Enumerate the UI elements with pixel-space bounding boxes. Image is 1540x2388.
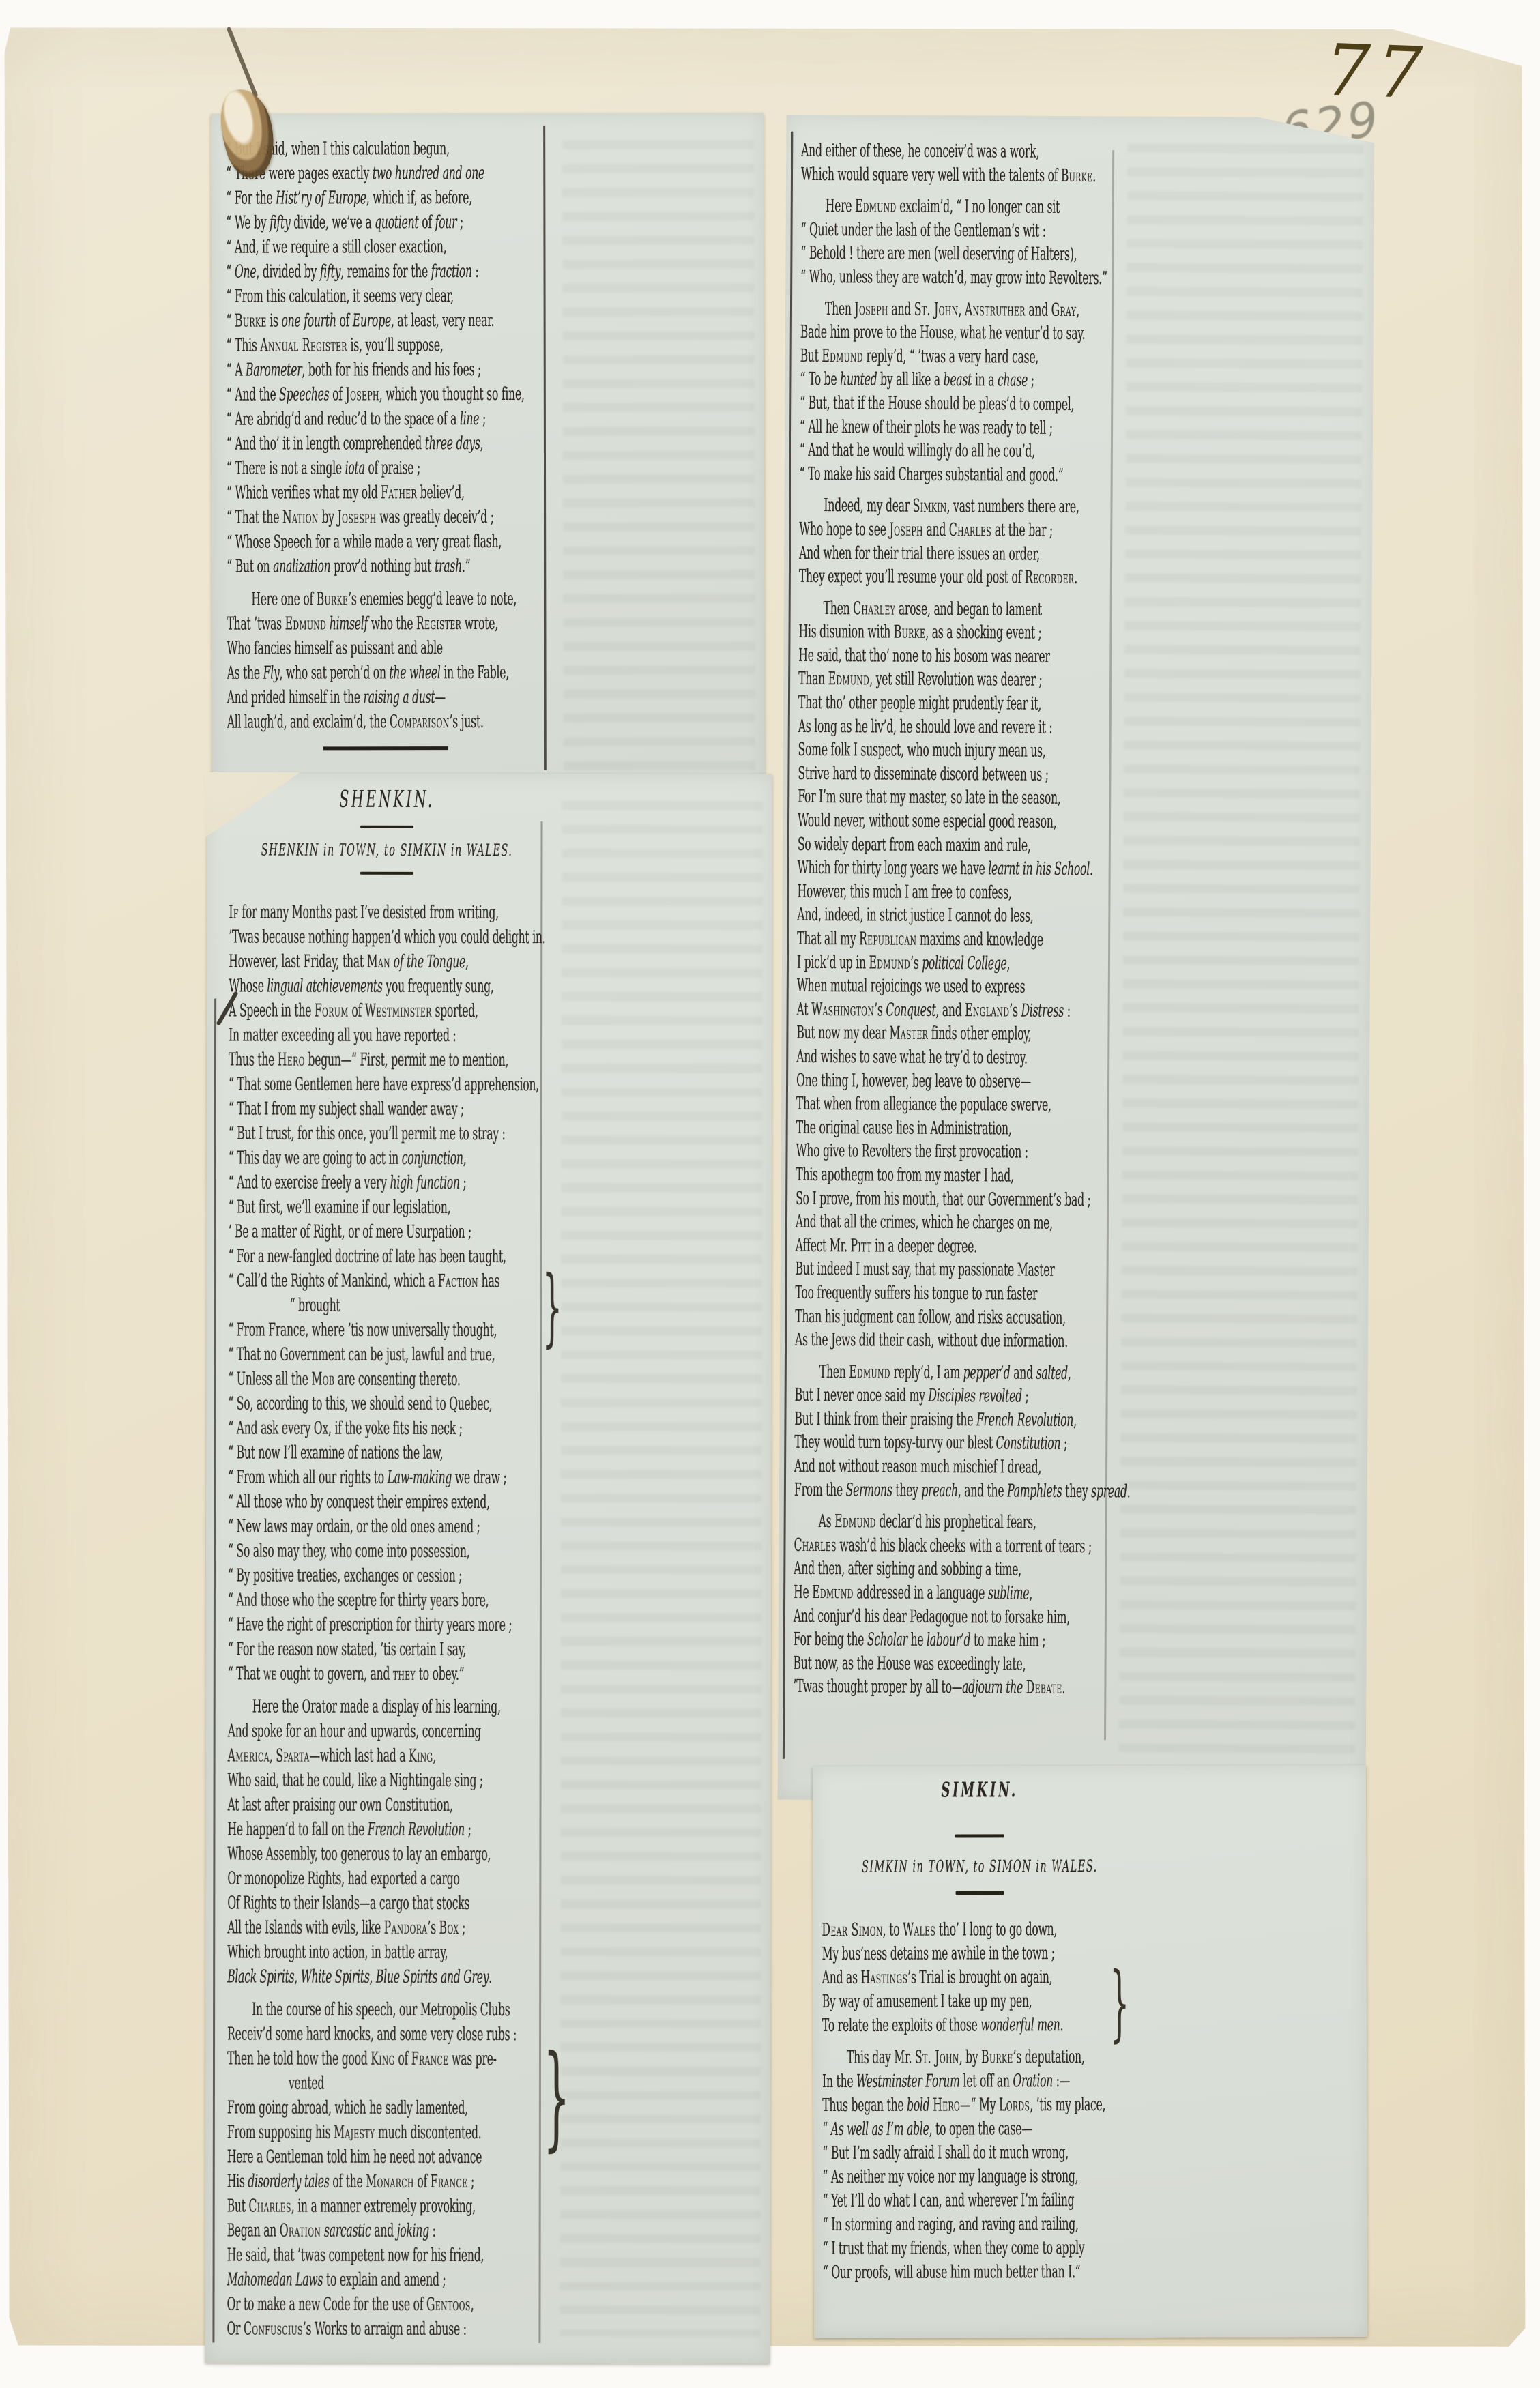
poem-line: “ That the Nation by Josesph was greatly… <box>227 505 542 530</box>
heading-rule <box>360 826 413 828</box>
poem-text: And either of these, he conceiv’d was a … <box>793 139 1117 1700</box>
poem-line: He said, that tho’ none to his bosom was… <box>798 644 1114 669</box>
poem-line: “ In storming and raging, and raving and… <box>823 2213 1139 2237</box>
poem-line: “ Whose Speech for a while made a very g… <box>227 529 542 555</box>
poem-line: I pick’d up in Edmund’s political Colleg… <box>797 950 1113 976</box>
poem-line: And wishes to save what he try’d to dest… <box>796 1045 1112 1071</box>
poem-line: From the Sermons they preach, and the Pa… <box>794 1479 1110 1504</box>
triplet-brace: } <box>542 1270 562 1344</box>
poem-line: Began an Oration sarcastic and joking : <box>227 2218 543 2243</box>
poem-line: “ That I from my subject shall wander aw… <box>229 1096 544 1122</box>
poem-line: “ And those who the sceptre for thirty y… <box>228 1588 544 1613</box>
poem-line: Thus the Hero begun—“ First, permit me t… <box>229 1047 544 1073</box>
poem-line: Then Charley arose, and began to lament <box>799 597 1115 622</box>
poem-line: ’Twas because nothing happen’d which you… <box>229 924 544 950</box>
poem-line: Whose Assembly, too generous to lay an e… <box>227 1841 543 1867</box>
poem-line: “ So, according to this, we should send … <box>228 1391 544 1416</box>
poem-line: “ We by fifty divide, we’ve a quotient o… <box>226 210 542 235</box>
printed-column-rule <box>543 126 546 770</box>
poem-line: “ For the Hist’ry of Europe, which if, a… <box>226 186 542 211</box>
poem-line: That ’twas Edmund himself who the Regist… <box>227 611 542 637</box>
poem-line: As the Jews did their cash, without due … <box>795 1328 1111 1354</box>
poem-line: At Washington’s Conquest, and England’s … <box>797 998 1113 1023</box>
poem-line: Who said, that he could, like a Nighting… <box>228 1768 544 1793</box>
poem-line: Some folk I suspect, who much injury mea… <box>798 738 1114 763</box>
poem-line: “ Yet I’ll do what I can, and wherever I… <box>823 2189 1139 2213</box>
poem-line: “ But I’m sadly afraid I shall do it muc… <box>822 2141 1138 2166</box>
poem-line: Here the Orator made a display of his le… <box>228 1694 544 1719</box>
poem-line: As the Fly, who sat perch’d on the wheel… <box>227 660 543 686</box>
poem-line: Charles wash’d his black cheeks with a t… <box>794 1534 1109 1559</box>
poem-line: “ Call’d the Rights of Mankind, which a … <box>229 1268 544 1294</box>
poem-line: So widely depart from each maxim and rul… <box>798 832 1114 858</box>
poem-line: Here a Gentleman told him he need not ad… <box>227 2144 543 2170</box>
poem-line: He said, that ’twas competent now for hi… <box>227 2243 543 2268</box>
poem-line: “ And the Speeches of Joseph, which you … <box>227 382 542 407</box>
poem-line: “ That we ought to govern, and they to o… <box>228 1661 544 1687</box>
poem-line: But I never once said my Disciples revol… <box>795 1384 1111 1409</box>
poem-line: Here Edmund exclaim’d, “ I no longer can… <box>801 194 1117 220</box>
poem-line: “ Quiet under the lash of the Gentleman’… <box>800 218 1116 244</box>
poem-line: Dear Simon, to Wales tho’ I long to go d… <box>822 1918 1137 1942</box>
poem-line: From going abroad, which he sadly lament… <box>227 2095 543 2121</box>
poem-line: And conjur’d his dear Pedagogue not to f… <box>794 1604 1109 1629</box>
heading-rule <box>956 1891 1004 1895</box>
poem-line: Mahomedan Laws to explain and amend ; <box>227 2267 543 2292</box>
poem-line: Strive hard to disseminate discord betwe… <box>798 762 1114 787</box>
poem-line: Who fancies himself as puissant and able <box>227 636 542 661</box>
poem-line: That all my Republican maxims and knowle… <box>797 927 1113 952</box>
heading-rule <box>360 872 413 875</box>
poem-text: Dear Simon, to Wales tho’ I long to go d… <box>822 1918 1139 2285</box>
poem-line: “ And ask every Ox, if the yoke fits his… <box>228 1416 544 1441</box>
poem-line: Then he told how the good King of France… <box>227 2046 543 2071</box>
poem-line: “ And, if we require a still closer exac… <box>226 235 542 260</box>
poem-line: And spoke for an hour and upwards, conce… <box>228 1719 544 1744</box>
poem-line: “ A Barometer, both for his friends and … <box>227 358 542 383</box>
section-end-rule <box>323 746 448 750</box>
poem-line: “ That some Gentlemen here have express’… <box>229 1072 544 1097</box>
poem-line: That when from allegiance the populace s… <box>796 1092 1112 1118</box>
poem-line: And either of these, he conceiv’d was a … <box>801 139 1117 164</box>
poem-line: “ One, divided by fifty, remains for the… <box>226 259 542 285</box>
poem-line: “ Burke is one fourth of Europe, at leas… <box>227 308 542 334</box>
poem-line: When mutual rejoicings we used to expres… <box>797 974 1113 1000</box>
poem-line: He happen’d to fall on the French Revolu… <box>227 1817 543 1842</box>
poem-line: “ brought <box>229 1293 544 1318</box>
poem-line: To relate the exploits of those wonderfu… <box>822 2013 1138 2038</box>
poem-line: And when for their trial there issues an… <box>799 541 1115 566</box>
poem-line: Which for thirty long years we have lear… <box>798 856 1114 882</box>
poem-line: “ And to exercise freely a very high fun… <box>229 1170 544 1195</box>
poem-line: And, indeed, in strict justice I cannot … <box>797 903 1113 929</box>
poem-text: “ But I said, when I this calculation be… <box>226 136 543 735</box>
poem-line: “ This Annual Register is, you’ll suppos… <box>227 333 542 358</box>
poem-line: But now my dear Master finds other emplo… <box>796 1021 1112 1047</box>
poem-line: In matter exceeding all you have reporte… <box>229 1023 544 1048</box>
poem-line: For I’m sure that my master, so late in … <box>798 785 1114 811</box>
poem-line: “ By positive treaties, exchanges or ces… <box>228 1563 544 1588</box>
poem-line: This apothegm too from my master I had, <box>796 1163 1112 1189</box>
clipping-heading-block: SIMKIN. SIMKIN in TOWN, to SIMON in WALE… <box>822 1777 1138 1895</box>
scanned-photo: 77 629 “ But I said, when I this calcula… <box>0 0 1540 2388</box>
poem-line: “ For the reason now stated, ’tis certai… <box>228 1637 544 1662</box>
poem-line: “ This day we are going to act in conjun… <box>229 1146 544 1171</box>
poem-line: But now, as the House was exceedingly la… <box>793 1652 1109 1677</box>
poem-line: “ Are abridg’d and reduc’d to the space … <box>227 407 542 432</box>
poem-line: That tho’ other people might prudently f… <box>798 691 1114 716</box>
poem-line: They would turn topsy-turvy our blest Co… <box>794 1431 1110 1456</box>
poem-line: A Speech in the Forum of Westminster spo… <box>229 998 544 1023</box>
poem-line: Whose lingual atchievements you frequent… <box>229 974 544 999</box>
poem-line: At last after praising our own Constitut… <box>227 1792 543 1818</box>
poem-line: And that all the crimes, which he charge… <box>796 1210 1112 1236</box>
poem-line: America, Sparta—which last had a King, <box>228 1743 544 1768</box>
poem-line: “ So also may they, who come into posses… <box>228 1539 544 1564</box>
poem-line: Of Rights to their Islands—a cargo that … <box>227 1891 543 1916</box>
poem-line: vented <box>227 2071 543 2096</box>
poem-line: All laugh’d, and exclaim’d, the Comparis… <box>227 710 543 735</box>
poem-line: But Edmund reply’d, “ ’twas a very hard … <box>800 345 1116 370</box>
poem-line: “ But, that if the House should be pleas… <box>800 392 1116 417</box>
poem-line: The original cause lies in Administratio… <box>796 1116 1112 1141</box>
poem-line: “ Our proofs, will abuse him much better… <box>823 2260 1139 2285</box>
poem-line: He Edmund addressed in a language sublim… <box>794 1581 1109 1606</box>
poem-line: From supposing his Majesty much disconte… <box>227 2120 543 2145</box>
poem-line: Indeed, my dear Simkin, vast numbers the… <box>799 494 1115 519</box>
poem-line: Receiv’d some hard knocks, and some very… <box>227 2022 543 2047</box>
poem-line: “ But first, we’ll examine if our legisl… <box>229 1195 544 1220</box>
poem-line: Or monopolize Rights, had exported a car… <box>227 1866 543 1891</box>
poem-line: This day Mr. St. John, by Burke’s deputa… <box>822 2045 1138 2070</box>
clipping-title: SHENKIN. <box>229 784 545 815</box>
poem-line: And prided himself in the raising a dust… <box>227 685 543 710</box>
poem-line: Black Spirits, White Spirits, Blue Spiri… <box>227 1964 543 1990</box>
clipping-edmund-debate: And either of these, he conceiv’d was a … <box>778 115 1375 1803</box>
poem-line: And as Hastings’s Trial is brought on ag… <box>822 1966 1138 1990</box>
poem-line: All the Islands with evils, like Pandora… <box>227 1915 543 1940</box>
heading-rule <box>955 1834 1004 1837</box>
clipping-title: SIMKIN. <box>822 1777 1137 1805</box>
clipping-heading-block: SHENKIN. SHENKIN in TOWN, to SIMKIN in W… <box>229 784 544 875</box>
poem-line: “ And tho’ it in length comprehended thr… <box>227 431 542 456</box>
poem-line: They expect you’ll resume your old post … <box>799 565 1115 590</box>
poem-line: However, this much I am free to confess, <box>797 880 1113 905</box>
clipping-shenkin: SHENKIN. SHENKIN in TOWN, to SIMKIN in W… <box>205 773 772 2363</box>
poem-line: Who give to Revolters the first provocat… <box>796 1139 1112 1165</box>
poem-line: His disunion with Burke, as a shocking e… <box>798 620 1114 645</box>
clipping-subtitle: SHENKIN in TOWN, to SIMKIN in WALES. <box>229 839 544 861</box>
poem-line: But Charles, in a manner extremely provo… <box>227 2194 543 2219</box>
poem-line: One thing I, however, beg leave to obser… <box>796 1068 1112 1094</box>
poem-line: So I prove, from his mouth, that our Gov… <box>796 1186 1112 1212</box>
poem-text: If for many Months past I’ve desisted fr… <box>227 900 544 2342</box>
poem-line: As Edmund declar’d his prophetical fears… <box>794 1510 1110 1535</box>
poem-line: In the Westminster Forum let off an Orat… <box>822 2069 1138 2094</box>
poem-line: And not without reason much mischief I d… <box>794 1455 1110 1480</box>
poem-line: “ All he knew of their plots he was read… <box>800 415 1116 440</box>
poem-line: “ Have the right of prescription for thi… <box>228 1612 544 1637</box>
poem-line: But indeed I must say, that my passionat… <box>796 1257 1112 1283</box>
show-through-texture <box>562 140 755 774</box>
poem-line: If for many Months past I’ve desisted fr… <box>229 900 544 925</box>
triplet-brace: } <box>543 2048 570 2146</box>
poem-line: For being the Scholar he labour’d to mak… <box>794 1628 1109 1653</box>
poem-line: “ That no Government can be just, lawful… <box>228 1342 544 1367</box>
poem-line: “ All those who by conquest their empire… <box>228 1489 544 1515</box>
poem-line: Would never, without some especial good … <box>798 809 1114 834</box>
poem-line: “ To make his said Charges substantial a… <box>800 463 1116 488</box>
poem-line: “ Unless all the Mob are consenting ther… <box>228 1367 544 1392</box>
clipping-burke-calculation: “ But I said, when I this calculation be… <box>211 113 765 802</box>
poem-line: “ From which all our rights to Law-makin… <box>228 1465 544 1490</box>
poem-line: Too frequently suffers his tongue to run… <box>795 1281 1111 1307</box>
poem-line: My bus’ness detains me awhile in the tow… <box>822 1942 1138 1966</box>
poem-line: “ To be hunted by all like a beast in a … <box>800 368 1116 393</box>
printed-column-rule <box>212 998 216 2342</box>
poem-line: “ Who, unless they are watch’d, may grow… <box>800 265 1116 291</box>
poem-line: “ Behold ! there are men (well deserving… <box>800 242 1116 267</box>
poem-line: “ But I trust, for this once, you’ll per… <box>229 1121 544 1146</box>
poem-line: “ As well as I’m able, to open the case— <box>822 2117 1138 2142</box>
poem-line: “ And that he would willingly do all he … <box>800 439 1116 464</box>
poem-line: By way of amusement I take up my pen, <box>822 1990 1138 2014</box>
poem-line: ’Twas thought proper by all to—adjourn t… <box>793 1675 1109 1700</box>
poem-line: And then, after sighing and sobbing a ti… <box>794 1557 1109 1582</box>
show-through-texture <box>560 801 762 2336</box>
clipping-simkin: SIMKIN. SIMKIN in TOWN, to SIMON in WALE… <box>813 1765 1367 2338</box>
poem-line: “ But on analization prov’d nothing but … <box>227 554 542 579</box>
poem-line: As long as he liv’d, he should love and … <box>798 715 1114 740</box>
poem-line: “ From this calculation, it seems very c… <box>227 284 542 309</box>
poem-line: Than Edmund, yet still Revolution was de… <box>798 667 1114 693</box>
poem-line: Bade him prove to the House, what he ven… <box>800 321 1116 346</box>
poem-line: “ There were pages exactly two hundred a… <box>226 161 542 186</box>
poem-line: Affect Mr. Pitt in a deeper degree. <box>796 1234 1112 1259</box>
poem-line: “ I trust that my friends, when they com… <box>823 2237 1139 2261</box>
poem-line: Which brought into action, in battle arr… <box>227 1940 543 1965</box>
poem-line: But I think from their praising the Fren… <box>794 1408 1110 1433</box>
poem-line: Or to make a new Code for the use of Gen… <box>227 2292 542 2317</box>
poem-line: “ But now I’ll examine of nations the la… <box>228 1440 544 1466</box>
poem-line: ‘ Be a matter of Right, or of mere Usurp… <box>229 1219 544 1244</box>
poem-line: Here one of Burke’s enemies begg’d leave… <box>227 587 542 612</box>
poem-line: Then Edmund reply’d, I am pepper’d and s… <box>795 1360 1111 1386</box>
poem-line: “ New laws may ordain, or the old ones a… <box>228 1514 544 1539</box>
poem-line: Thus began the bold Hero—“ My Lords, ’ti… <box>822 2093 1138 2118</box>
poem-line: However, last Friday, that Man of the To… <box>229 949 544 974</box>
poem-line: Or Confuscius’s Works to arraign and abu… <box>227 2316 542 2342</box>
poem-line: “ From France, where ’tis now universall… <box>228 1317 544 1343</box>
clipping-subtitle: SIMKIN in TOWN, to SIMON in WALES. <box>822 1855 1137 1878</box>
poem-line: “ For a new-fangled doctrine of late has… <box>229 1244 544 1269</box>
poem-line: “ There is not a single iota of praise ; <box>227 456 542 481</box>
poem-line: Which would square very well with the ta… <box>801 162 1117 188</box>
poem-line: In the course of his speech, our Metropo… <box>227 1997 543 2022</box>
poem-line: Than his judgment can follow, and risks … <box>795 1305 1111 1330</box>
show-through-texture <box>1119 143 1364 1775</box>
poem-line: “ As neither my voice nor my language is… <box>822 2165 1138 2189</box>
poem-line: Who hope to see Joseph and Charles at th… <box>799 518 1115 543</box>
poem-line: Then Joseph and St. John, Anstruther and… <box>800 297 1116 322</box>
poem-line: “ Which verifies what my old Father beli… <box>227 480 542 506</box>
poem-line: His disorderly tales of the Monarch of F… <box>227 2169 543 2194</box>
